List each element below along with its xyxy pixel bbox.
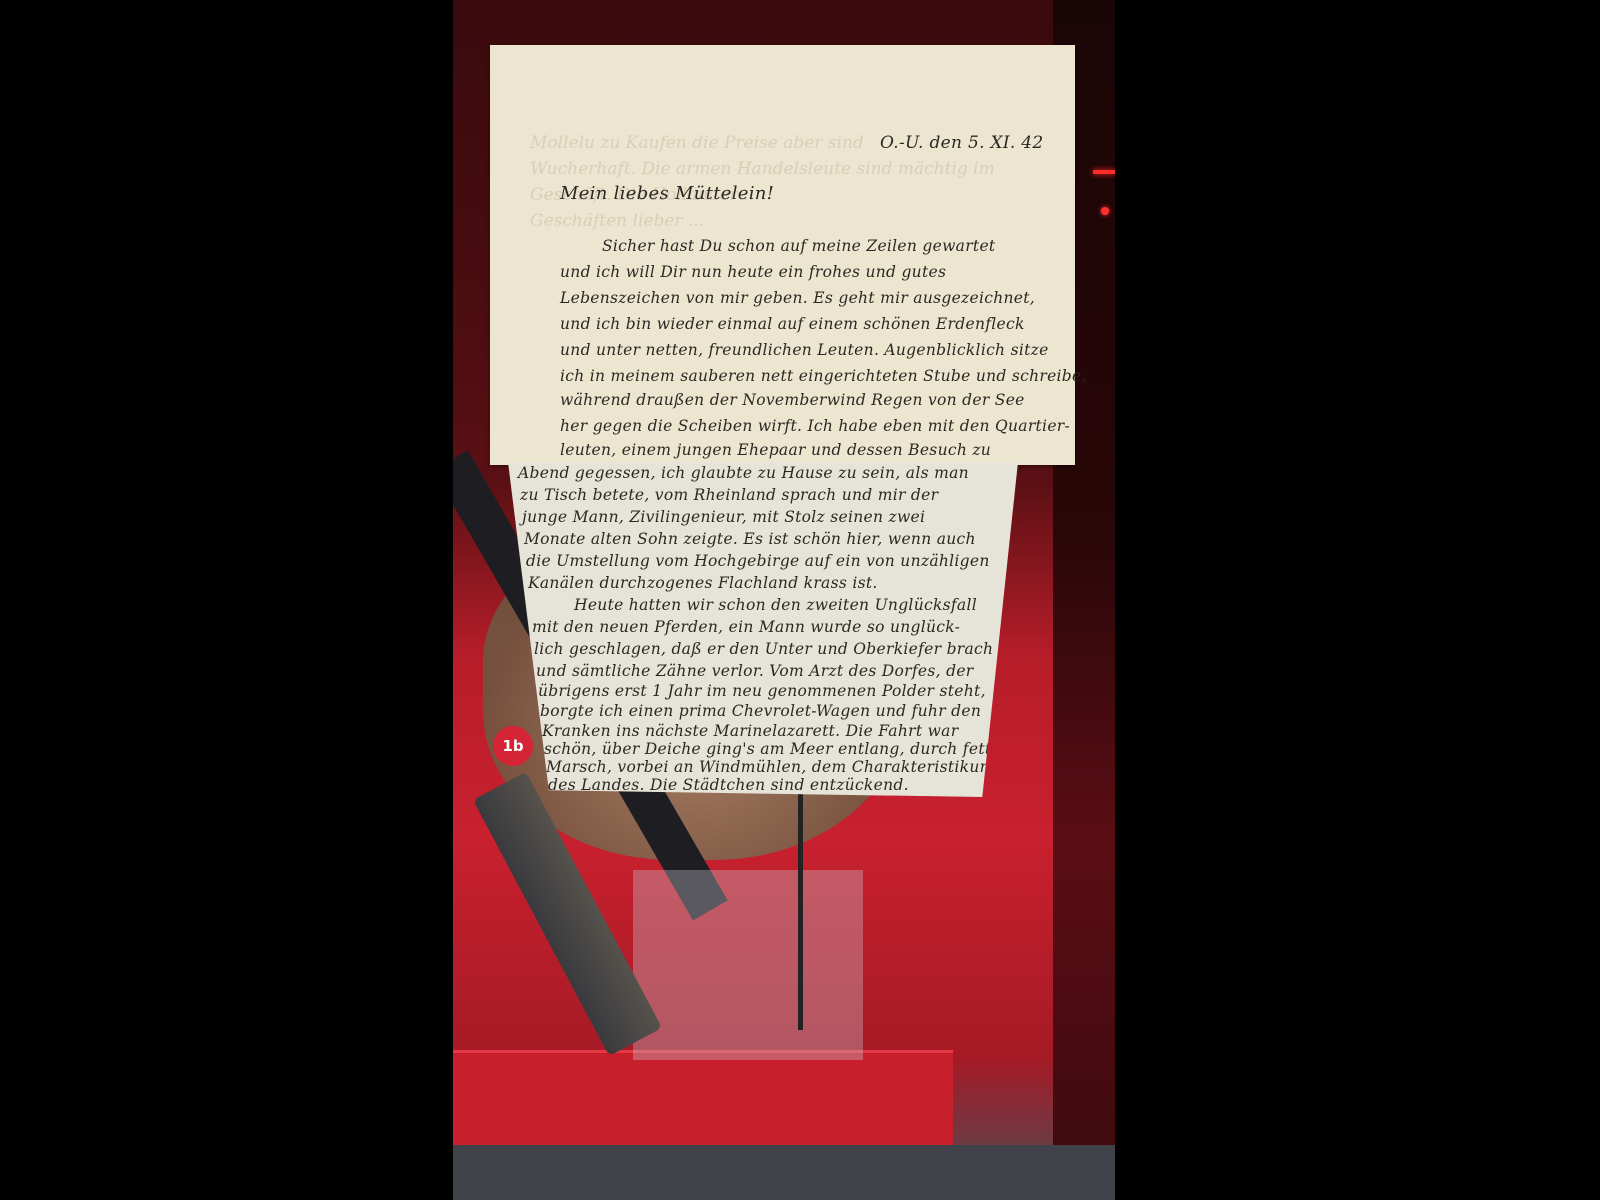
letter-line: übrigens erst 1 Jahr im neu genommenen P… [538,682,986,700]
letter-line: und sämtliche Zähne verlor. Vom Arzt des… [536,662,974,680]
letter-line: Kanälen durchzogenes Flachland krass ist… [528,574,878,592]
letter-line: Marsch, vorbei an Windmühlen, dem Charak… [546,758,995,776]
letter-line: Abend gegessen, ich glaubte zu Hause zu … [518,464,969,482]
letter-top-sheet: Mollelu zu Kaufen die Preise aber sind W… [490,45,1075,465]
case-indicator-light [1101,207,1109,215]
case-light-strip [1093,170,1115,174]
letter-line: und ich will Dir nun heute ein frohes un… [560,263,946,281]
bleed-through-text: Wucherhaft. Die armen Handelsleute sind … [530,159,995,179]
bleed-through-text: Geschäften lieber ... [530,211,704,231]
display-case-photo: Mollelu zu Kaufen die Preise aber sind W… [453,0,1115,1200]
display-rod [798,790,803,1030]
letter-line: die Umstellung vom Hochgebirge auf ein v… [526,552,990,570]
letter-line: Heute hatten wir schon den zweiten Unglü… [574,596,977,614]
letter-line: zu Tisch betete, vom Rheinland sprach un… [520,486,938,504]
letter-line: lich geschlagen, daß er den Unter und Ob… [534,640,993,658]
letter-bottom-sheet: Abend gegessen, ich glaubte zu Hause zu … [508,462,1018,797]
glass-reflection [633,870,863,1060]
letter-line: junge Mann, Zivilingenieur, mit Stolz se… [522,508,925,526]
letter-date: O.-U. den 5. XI. 42 [880,133,1044,153]
exhibit-number-badge: 1b [493,726,533,766]
letter-line: leuten, einem jungen Ehepaar und dessen … [560,441,991,459]
letter-line: schön, über Deiche ging's am Meer entlan… [544,740,1001,758]
letter-line: und unter netten, freundlichen Leuten. A… [560,341,1049,359]
letter-line: ich in meinem sauberen nett eingerichtet… [560,367,1087,385]
letter-line: Monate alten Sohn zeigte. Es ist schön h… [524,530,976,548]
letter-line: während draußen der Novemberwind Regen v… [560,391,1025,409]
case-base-shelf [453,1050,953,1148]
floor [453,1145,1115,1200]
letter-line: borgte ich einen prima Chevrolet-Wagen u… [540,702,981,720]
letter-line: mit den neuen Pferden, ein Mann wurde so… [532,618,960,636]
letter-line: Lebenszeichen von mir geben. Es geht mir… [560,289,1035,307]
bleed-through-text: Mollelu zu Kaufen die Preise aber sind [530,133,864,153]
letter-line: Kranken ins nächste Marinelazarett. Die … [542,722,958,740]
letter-line: her gegen die Scheiben wirft. Ich habe e… [560,417,1070,435]
letter-line: und ich bin wieder einmal auf einem schö… [560,315,1025,333]
letter-salutation: Mein liebes Müttelein! [560,183,774,204]
letter-line: Sicher hast Du schon auf meine Zeilen ge… [602,237,995,255]
